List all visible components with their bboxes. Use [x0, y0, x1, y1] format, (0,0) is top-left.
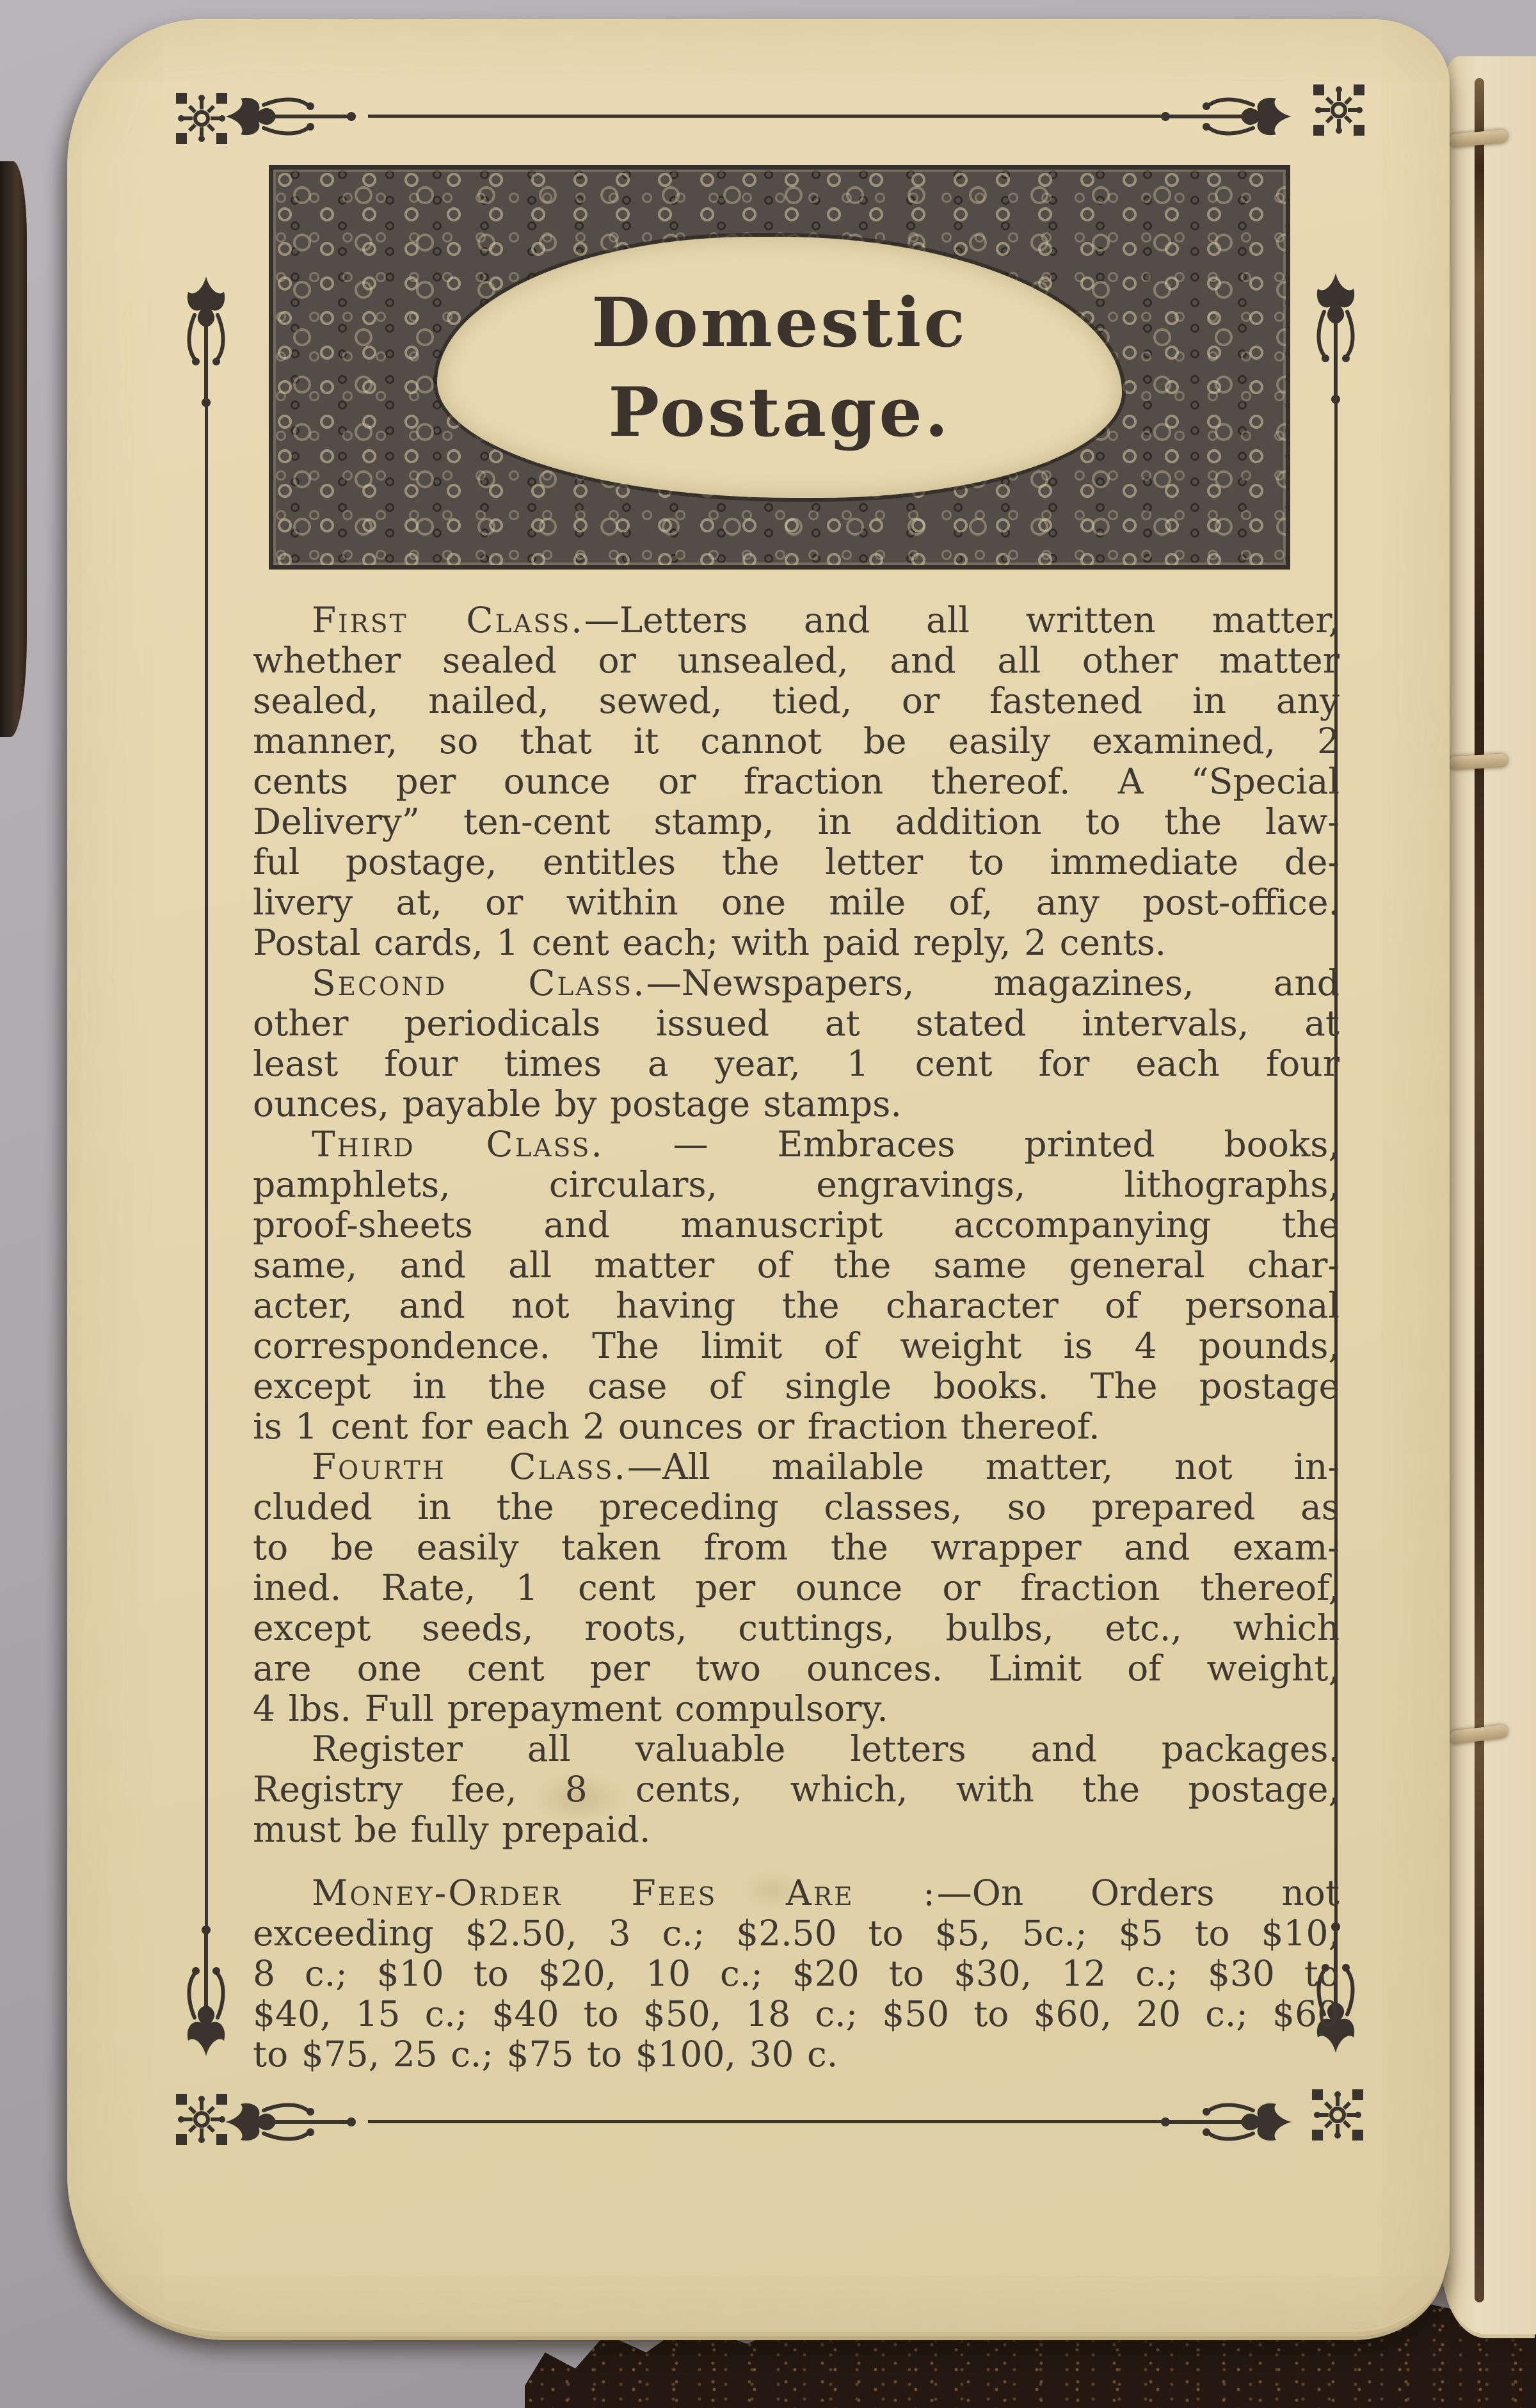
paragraph: Register all valuable letters and packag…: [253, 1729, 1340, 1850]
paragraph: Fourth Class.—All mailable matter, not i…: [253, 1447, 1340, 1729]
text-line: whether sealed or unsealed, and all othe…: [253, 641, 1340, 681]
corner-ornament-icon: [1313, 84, 1364, 136]
binding-stitch: [1449, 754, 1508, 770]
binding-stitch: [1448, 129, 1508, 148]
frame-rule-top: [368, 115, 1181, 118]
text-line: except seeds, roots, cuttings, bulbs, et…: [253, 1608, 1340, 1648]
paragraph-lead: First Class.: [312, 600, 584, 641]
text-line: other periodicals issued at stated inter…: [253, 1003, 1340, 1044]
book-scan-scene: Domestic Postage. First Class.—Letters a…: [0, 0, 1536, 2408]
text-line: First Class.—Letters and all written mat…: [253, 600, 1340, 641]
book-cover-left-edge: [0, 161, 27, 737]
fleur-finial-icon: [1313, 272, 1358, 406]
corner-ornament-icon: [1312, 2089, 1363, 2141]
text-line: to be easily taken from the wrapper and …: [253, 1527, 1340, 1568]
text-line: is 1 cent for each 2 ounces or fraction …: [253, 1407, 1340, 1447]
frame-rule-left: [205, 400, 208, 1997]
text-line: 4 lbs. Full prepayment compulsory.: [253, 1689, 1340, 1729]
book-page: Domestic Postage. First Class.—Letters a…: [67, 19, 1450, 2329]
text-line: manner, so that it cannot be easily exam…: [253, 721, 1340, 761]
fleur-finial-icon: [184, 275, 228, 410]
text-line: to $75, 25 c.; $75 to $100, 30 c.: [253, 2034, 1340, 2075]
text-line: sealed, nailed, sewed, tied, or fastened…: [253, 681, 1340, 721]
text-line: Delivery” ten-cent stamp, in addition to…: [253, 802, 1340, 842]
text-line: Second Class.—Newspapers, magazines, and: [253, 963, 1340, 1003]
paragraph-lead: Fourth Class.: [312, 1446, 627, 1487]
body-text: First Class.—Letters and all written mat…: [253, 600, 1340, 2075]
corner-ornament-icon: [176, 93, 227, 144]
text-line: ined. Rate, 1 cent per ounce or fraction…: [253, 1568, 1340, 1608]
title-cartouche: Domestic Postage.: [437, 237, 1122, 498]
page-title-line: Postage.: [608, 367, 950, 457]
text-line: pamphlets, circulars, engravings, lithog…: [253, 1165, 1340, 1205]
text-line: correspondence. The limit of weight is 4…: [253, 1326, 1340, 1366]
frame-rule-bottom: [368, 2120, 1181, 2123]
text-line: cluded in the preceding classes, so prep…: [253, 1487, 1340, 1527]
text-line: same, and all matter of the same general…: [253, 1245, 1340, 1286]
paragraph: Second Class.—Newspapers, magazines, and…: [253, 963, 1340, 1124]
text-line: exceeding $2.50, 3 c.; $2.50 to $5, 5c.;…: [253, 1913, 1340, 1954]
text-line: cents per ounce or fraction thereof. A “…: [253, 761, 1340, 802]
text-line: $40, 15 c.; $40 to $50, 18 c.; $50 to $6…: [253, 1994, 1340, 2034]
binding-gutter: [1475, 78, 1484, 2302]
text-line: except in the case of single books. The …: [253, 1366, 1340, 1407]
title-plate: Domestic Postage.: [269, 165, 1290, 570]
text-line: least four times a year, 1 cent for each…: [253, 1044, 1340, 1084]
adjacent-page-edge: [1441, 56, 1536, 2334]
paragraph-lead: Third Class.: [312, 1124, 604, 1165]
paragraph: First Class.—Letters and all written mat…: [253, 600, 1340, 963]
paragraph: Third Class. — Embraces printed books,pa…: [253, 1124, 1340, 1447]
text-line: Fourth Class.—All mailable matter, not i…: [253, 1447, 1340, 1487]
text-line: Registry fee, 8 cents, which, with the p…: [253, 1769, 1340, 1810]
corner-ornament-icon: [176, 2094, 227, 2145]
text-line: 8 c.; $10 to $20, 10 c.; $20 to $30, 12 …: [253, 1954, 1340, 1994]
paragraph: Money-Order Fees Are :—On Orders notexce…: [253, 1873, 1340, 2075]
text-line: acter, and not having the character of p…: [253, 1286, 1340, 1326]
text-line: Third Class. — Embraces printed books,: [253, 1124, 1340, 1165]
paragraph-lead: Money-Order Fees Are :: [312, 1872, 937, 1913]
text-line: livery at, or within one mile of, any po…: [253, 882, 1340, 923]
text-line: must be fully prepaid.: [253, 1810, 1340, 1850]
text-line: Register all valuable letters and packag…: [253, 1729, 1340, 1769]
page-title-line: Domestic: [591, 278, 968, 367]
paragraph-lead: Second Class.: [312, 962, 646, 1003]
text-line: are one cent per two ounces. Limit of we…: [253, 1648, 1340, 1689]
text-line: ful postage, entitles the letter to imme…: [253, 842, 1340, 882]
text-line: Money-Order Fees Are :—On Orders not: [253, 1873, 1340, 1913]
text-line: ounces, payable by postage stamps.: [253, 1084, 1340, 1124]
fleur-finial-icon: [224, 2100, 358, 2144]
fleur-finial-icon: [224, 94, 358, 139]
text-line: Postal cards, 1 cent each; with paid rep…: [253, 923, 1340, 963]
text-line: proof-sheets and manuscript accompanying…: [253, 1205, 1340, 1245]
